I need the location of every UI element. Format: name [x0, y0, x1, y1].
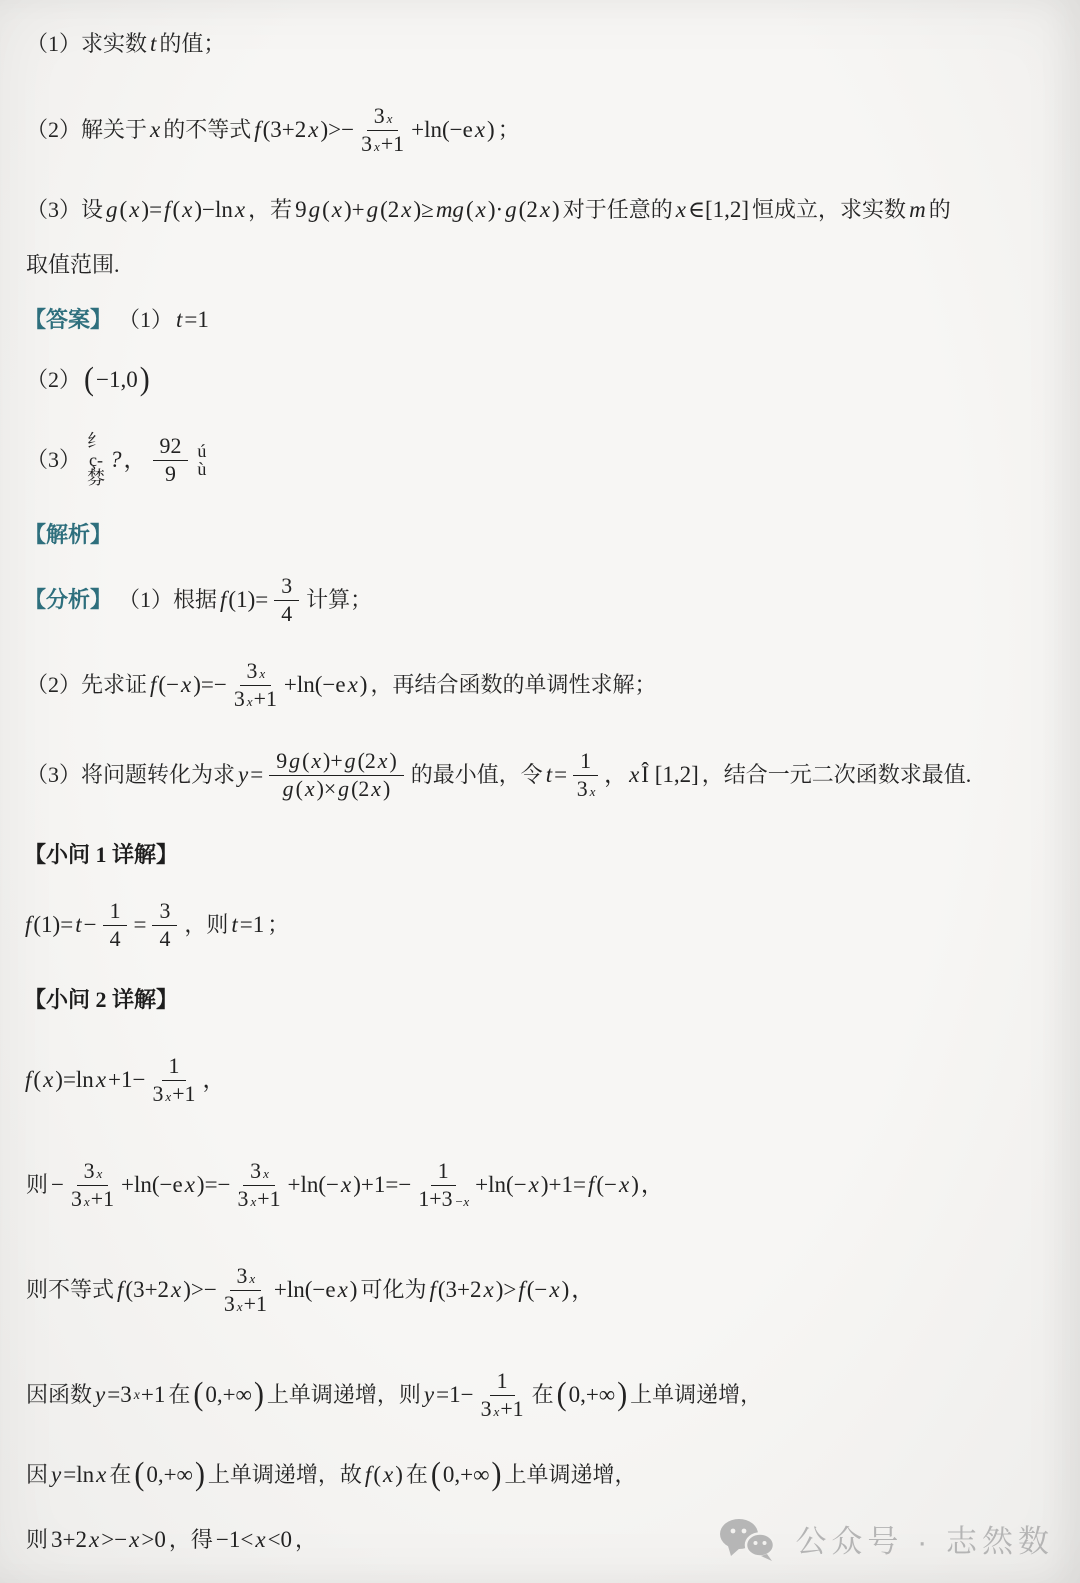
line-detail-2-fx: f(x)=lnx+1−13x+1，: [0, 1038, 1080, 1122]
math-run: 0,+∞: [443, 1462, 490, 1488]
math-run: 3: [152, 1082, 163, 1106]
text-run: 的最小值，令: [411, 762, 543, 787]
garbled-glyph-stack: úù: [197, 442, 206, 479]
math-var: x: [43, 1067, 53, 1093]
text-run: 在: [406, 1462, 428, 1487]
math-run: (2: [519, 197, 538, 223]
text-run: ；: [498, 117, 520, 142]
math-run: +1: [91, 1187, 114, 1211]
math-var: g: [505, 197, 517, 223]
big-paren: ): [617, 1376, 627, 1413]
document-page: （1）求实数t的值； （2）解关于x的不等式f(3+2x)>−3x3x+1+ln…: [0, 0, 1080, 1583]
fraction-numerator: 3: [274, 574, 299, 600]
fraction-denominator: 4: [158, 926, 171, 951]
math-run: ): [487, 117, 495, 143]
math-run: )+: [323, 749, 343, 773]
math-run: (: [33, 1067, 41, 1093]
math-run: )>−: [321, 117, 355, 143]
math-run: =1: [240, 912, 264, 938]
math-run: =: [554, 762, 567, 788]
fraction: 3x3x+1: [223, 1264, 268, 1316]
math-run: −: [51, 1172, 64, 1198]
superscript: x: [590, 785, 596, 800]
math-var: x: [338, 1277, 348, 1303]
math-var: f: [588, 1172, 594, 1198]
text-run: 则不等式: [26, 1277, 114, 1302]
math-var: g: [289, 749, 300, 773]
math-var: x: [378, 749, 388, 773]
line-analysis-3: （3）将问题转化为求y=9g(x)+g(2x)g(x)×g(2x)的最小值，令t…: [0, 727, 1080, 823]
big-paren: (: [84, 361, 94, 398]
garbled-glyph: ù: [197, 460, 206, 478]
math-run: )+1=−: [353, 1172, 411, 1198]
line-problem-2: （2）解关于x的不等式f(3+2x)>−3x3x+1+ln(−ex)；: [0, 87, 1080, 173]
math-run: 3: [234, 687, 245, 711]
math-run: (−: [596, 1172, 617, 1198]
fraction-denominator: 4: [280, 601, 293, 626]
math-run: (: [172, 197, 180, 223]
text-run: 因: [26, 1462, 48, 1487]
text-run: （3）设: [26, 197, 103, 222]
superscript: x: [494, 1405, 500, 1420]
math-var: x: [185, 1172, 195, 1198]
fraction-numerator: 92: [153, 434, 189, 460]
fraction: 34: [152, 899, 177, 951]
math-var: t: [231, 912, 237, 938]
fraction: 34: [274, 574, 299, 626]
text-run: （1）: [118, 307, 173, 332]
fraction-numerator: 3x: [77, 1159, 109, 1185]
math-run: (1)=: [33, 912, 73, 938]
math-var: x: [89, 1527, 99, 1553]
math-var: x: [476, 197, 486, 223]
math-run: ，: [202, 1067, 225, 1093]
line-answer-3: （3）纟ç-棼?，929úù: [0, 414, 1080, 506]
fraction-numerator: 9g(x)+g(2x): [269, 749, 404, 775]
fraction: 13x: [573, 749, 598, 801]
math-run: +ln(−e: [121, 1172, 183, 1198]
fraction-numerator: 3x: [230, 1264, 262, 1290]
line-detail-2-monotone-2: 因y=lnx在(0,+∞)上单调递增，故f(x)在(0,+∞)上单调递增，: [0, 1453, 1080, 1497]
math-run: 3: [71, 1187, 82, 1211]
big-paren: (: [431, 1456, 441, 1493]
math-run: )>−: [183, 1277, 217, 1303]
math-run: (: [302, 749, 309, 773]
math-var: x: [150, 117, 160, 143]
math-var: f: [429, 1277, 435, 1303]
text-run: 在: [109, 1462, 131, 1487]
fraction: 9g(x)+g(2x)g(x)×g(2x): [269, 749, 404, 801]
text-run: 取值范围.: [26, 252, 120, 277]
math-run: 3: [247, 659, 258, 683]
superscript: x: [263, 1167, 269, 1182]
math-run: 1: [110, 899, 121, 923]
math-var: x: [676, 197, 686, 223]
math-run: )=−: [193, 672, 227, 698]
fraction-denominator: 3x+1: [237, 1186, 282, 1211]
math-run: +1: [141, 1382, 165, 1408]
fraction-denominator: g(x)×g(2x): [282, 776, 392, 801]
math-var: x: [383, 1462, 393, 1488]
watermark: 公众号 · 志然数: [717, 1516, 1054, 1561]
fraction: 3x3x+1: [360, 104, 405, 156]
math-var: x: [629, 762, 639, 788]
fraction-denominator: 3x+1: [151, 1081, 196, 1106]
line-detail-2-monotone-1: 因函数y=3x+1在(0,+∞)上单调递增，则y=1−13x+1在(0,+∞)上…: [0, 1353, 1080, 1437]
fraction: 14: [103, 899, 128, 951]
math-var: t: [176, 307, 182, 333]
math-run: 3: [159, 899, 170, 923]
fraction: 3x3x+1: [233, 659, 278, 711]
math-var: x: [529, 1172, 539, 1198]
math-var: m: [909, 197, 926, 223]
math-run: ): [360, 672, 368, 698]
text-run: ，结合一元二次函数求最值.: [702, 762, 972, 787]
math-run: =1: [184, 307, 208, 333]
fraction-denominator: 3x+1: [70, 1186, 115, 1211]
math-var: x: [96, 1067, 106, 1093]
math-var: f: [150, 672, 156, 698]
math-var: g: [309, 197, 321, 223]
math-var: x: [171, 1277, 181, 1303]
text-run: ，再结合函数的单调性求解；: [370, 672, 656, 697]
text-run: ；: [267, 912, 289, 937]
text-run: 恒成立，求实数: [752, 197, 906, 222]
line-detail-1-body: f(1)=t−14=34，则t=1；: [0, 883, 1080, 967]
math-run: )=−: [197, 1172, 231, 1198]
math-run: 4: [281, 602, 292, 626]
math-run: ): [395, 1462, 403, 1488]
math-var: f: [365, 1462, 371, 1488]
math-var: x: [305, 777, 315, 801]
math-run: 3: [361, 132, 372, 156]
text-run: 上单调递增，故: [208, 1462, 362, 1487]
math-run: (2: [380, 197, 399, 223]
math-run: (1)=: [228, 587, 268, 613]
fraction-denominator: 3x: [576, 776, 596, 801]
section-label: 【答案】: [24, 307, 112, 332]
text-run: 则: [26, 1172, 48, 1197]
math-var: x: [255, 1527, 265, 1553]
fraction-denominator: 3x+1: [480, 1396, 525, 1421]
math-run: 3: [250, 1159, 261, 1183]
math-run: 1: [438, 1159, 449, 1183]
math-run: (−: [527, 1277, 548, 1303]
section-label: 【分析】: [24, 587, 112, 612]
line-analysis-1: 【分析】（1）根据f(1)=34计算；: [0, 558, 1080, 642]
line-section-jiexi: 【解析】: [0, 517, 1080, 553]
line-detail-2-header: 【小问 2 详解】: [0, 982, 1080, 1018]
math-run: )×: [317, 777, 337, 801]
math-run: 1: [169, 1054, 180, 1078]
math-run: 1: [580, 749, 591, 773]
text-run: 在: [532, 1382, 554, 1407]
math-run: (: [120, 197, 128, 223]
math-run: +1: [500, 1397, 523, 1421]
math-var: f: [117, 1277, 123, 1303]
garbled-glyph: ú: [197, 442, 206, 460]
math-var: g: [106, 197, 118, 223]
fraction-denominator: 3x+1: [223, 1291, 268, 1316]
math-run: >−: [101, 1527, 127, 1553]
fraction: 13x+1: [151, 1054, 196, 1106]
math-run: ): [631, 1172, 639, 1198]
garbled-glyph: ç-: [89, 451, 103, 469]
text-run: 上单调递增，: [630, 1382, 762, 1407]
fraction-denominator: 4: [109, 926, 122, 951]
math-var: g: [283, 777, 294, 801]
math-run: ): [350, 1277, 358, 1303]
text-run: （3）将问题转化为求: [26, 762, 235, 787]
math-run: +1: [257, 1187, 280, 1211]
math-var: t: [75, 912, 81, 938]
math-run: )+: [344, 197, 365, 223]
math-var: f: [518, 1277, 524, 1303]
text-run: （1）求实数: [26, 31, 147, 56]
math-run: ，: [604, 762, 627, 788]
math-run: >0: [141, 1527, 165, 1553]
math-run: )>: [496, 1277, 517, 1303]
math-run: +ln(−e: [284, 672, 346, 698]
fraction: 3x3x+1: [237, 1159, 282, 1211]
watermark-text: 公众号 · 志然数: [795, 1516, 1054, 1561]
math-run: −: [84, 912, 97, 938]
math-run: )≥: [414, 197, 434, 223]
big-paren: (: [557, 1376, 567, 1413]
math-var: x: [308, 117, 318, 143]
text-run: 的不等式: [163, 117, 251, 142]
math-run: =3: [107, 1382, 131, 1408]
superscript: x: [247, 695, 253, 710]
math-run: (3+2: [263, 117, 307, 143]
math-run: +1: [381, 132, 404, 156]
text-run: 在: [168, 1382, 190, 1407]
text-run: 因函数: [26, 1382, 92, 1407]
line-problem-3: （3）设g(x)=f(x)−lnx，若9g(x)+g(2x)≥mg(x)·g(2…: [0, 192, 1080, 228]
math-run: 3: [237, 1264, 248, 1288]
math-var: y: [238, 762, 248, 788]
math-run: (2: [351, 777, 369, 801]
math-run: 3: [281, 574, 292, 598]
line-detail-2-inequality: 则不等式f(3+2x)>−3x3x+1+ln(−ex)可化为f(3+2x)>f(…: [0, 1248, 1080, 1332]
math-var: x: [371, 777, 381, 801]
fraction-numerator: 3x: [240, 659, 272, 685]
math-run: 3: [224, 1292, 235, 1316]
text-run: 可化为: [360, 1277, 426, 1302]
math-var: f: [254, 117, 260, 143]
detail-label: 【小问 1 详解】: [24, 842, 178, 867]
garbled-glyph: 纟: [87, 432, 105, 450]
math-run: 0,+∞: [146, 1462, 193, 1488]
fraction: 13x+1: [480, 1369, 525, 1421]
math-var: t: [150, 31, 156, 57]
math-run: =ln: [63, 1462, 94, 1488]
superscript: x: [387, 112, 393, 127]
math-var: x: [341, 1172, 351, 1198]
fraction: 929: [153, 434, 189, 486]
math-run: 0,+∞: [205, 1382, 252, 1408]
math-run: +ln(−e: [274, 1277, 336, 1303]
math-var: x: [181, 672, 191, 698]
math-var: x: [332, 197, 342, 223]
math-var: y: [95, 1382, 105, 1408]
math-var: g: [345, 749, 356, 773]
math-run: =1−: [436, 1382, 473, 1408]
text-run: （1）根据: [118, 587, 217, 612]
math-run: (: [322, 197, 330, 223]
math-run: (: [373, 1462, 381, 1488]
superscript: x: [237, 1300, 243, 1315]
math-run: 0,+∞: [569, 1382, 616, 1408]
math-run: 3: [577, 777, 588, 801]
big-paren: ): [254, 1376, 264, 1413]
fraction-denominator: 1+3−x: [417, 1186, 469, 1211]
superscript: x: [84, 1195, 90, 1210]
text-run: （3）: [26, 447, 81, 472]
math-run: ): [552, 197, 560, 223]
math-run: +1−: [108, 1067, 145, 1093]
math-run: (2: [358, 749, 376, 773]
fraction-numerator: 3x: [243, 1159, 275, 1185]
superscript: x: [165, 1090, 171, 1105]
detail-label: 【小问 2 详解】: [24, 987, 178, 1012]
math-run: )=ln: [55, 1067, 94, 1093]
text-run: ，则: [184, 912, 228, 937]
math-var: x: [549, 1277, 559, 1303]
big-paren: (: [134, 1456, 144, 1493]
fraction-numerator: 1: [431, 1159, 456, 1185]
fraction-numerator: 1: [162, 1054, 187, 1080]
math-run: (: [296, 777, 303, 801]
math-var: t: [546, 762, 552, 788]
math-run: )·: [488, 197, 503, 223]
superscript: −x: [455, 1195, 470, 1210]
math-var: x: [129, 197, 139, 223]
superscript: x: [97, 1167, 103, 1182]
math-run: +1: [172, 1082, 195, 1106]
math-var: f: [164, 197, 170, 223]
math-var: x: [484, 1277, 494, 1303]
math-run: ): [389, 749, 396, 773]
math-run: 9: [165, 462, 176, 486]
math-run: )−ln: [194, 197, 233, 223]
big-paren: (: [193, 1376, 203, 1413]
math-run: (: [466, 197, 474, 223]
math-run: 4: [110, 927, 121, 951]
math-run: ，: [571, 1277, 594, 1303]
math-var: x: [540, 197, 550, 223]
math-var: x: [401, 197, 411, 223]
fraction-numerator: 3x: [367, 104, 399, 130]
fraction-denominator: 9: [164, 461, 177, 486]
fraction-numerator: 1: [103, 899, 128, 925]
garbled-glyph: 棼: [87, 469, 105, 487]
math-var: ?: [110, 447, 122, 473]
garbled-glyph-stack: 纟ç-棼: [87, 432, 105, 487]
text-run: 计算；: [306, 587, 372, 612]
math-var: g: [367, 197, 379, 223]
math-run: 3: [481, 1397, 492, 1421]
math-run: +ln(−: [288, 1172, 340, 1198]
math-var: g: [338, 777, 349, 801]
math-run: <0: [268, 1527, 292, 1553]
line-detail-2-identity: 则−3x3x+1+ln(−ex)=−3x3x+1+ln(−x)+1=−11+3−…: [0, 1143, 1080, 1227]
math-var: x: [235, 197, 245, 223]
big-paren: ): [195, 1456, 205, 1493]
text-run: 的: [929, 197, 951, 222]
math-run: +1: [254, 687, 277, 711]
line-analysis-2: （2）先求证f(−x)=−3x3x+1+ln(−ex)，再结合函数的单调性求解；: [0, 643, 1080, 727]
line-answer-1: 【答案】（1）t=1: [0, 302, 1080, 338]
math-run: (−: [158, 672, 179, 698]
text-run: ，得: [169, 1527, 213, 1552]
superscript: x: [134, 1387, 140, 1403]
text-run: （2）解关于: [26, 117, 147, 142]
math-run: 9: [276, 749, 287, 773]
math-run: 3: [374, 104, 385, 128]
math-run: ): [562, 1277, 570, 1303]
fraction: 3x3x+1: [70, 1159, 115, 1211]
math-var: x: [182, 197, 192, 223]
fraction-numerator: 1: [573, 749, 598, 775]
math-run: +ln(−e: [411, 117, 473, 143]
math-run: +1: [244, 1292, 267, 1316]
superscript: x: [374, 140, 380, 155]
math-run: =: [133, 912, 146, 938]
superscript: x: [259, 667, 265, 682]
math-var: f: [25, 912, 31, 938]
math-run: 4: [159, 927, 170, 951]
math-run: ): [383, 777, 390, 801]
big-paren: ): [140, 361, 150, 398]
text-run: 上单调递增，: [504, 1462, 636, 1487]
math-var: f: [220, 587, 226, 613]
fraction: 11+3−x: [417, 1159, 469, 1211]
math-var: x: [96, 1462, 106, 1488]
text-run: 对于任意的: [563, 197, 673, 222]
fraction-numerator: 1: [490, 1369, 515, 1395]
superscript: x: [249, 1272, 255, 1287]
math-run: )=: [141, 197, 162, 223]
math-var: mg: [436, 197, 464, 223]
section-label: 【解析】: [24, 522, 112, 547]
line-problem-3-cont: 取值范围.: [0, 247, 1080, 283]
fraction-denominator: 3x+1: [360, 131, 405, 156]
text-run: 的值；: [159, 31, 225, 56]
math-run: ∈[1,2]: [688, 197, 749, 223]
line-problem-1: （1）求实数t的值；: [0, 26, 1080, 62]
math-run: ，: [641, 1172, 664, 1198]
math-run: −1,0: [96, 367, 138, 393]
text-run: （2）: [26, 367, 81, 392]
math-run: 3: [238, 1187, 249, 1211]
math-run: −1<: [216, 1527, 253, 1553]
math-var: f: [25, 1067, 31, 1093]
text-run: （2）先求证: [26, 672, 147, 697]
big-paren: ): [491, 1456, 501, 1493]
math-run: 1+3: [418, 1187, 452, 1211]
math-run: +ln(−: [475, 1172, 527, 1198]
math-run: )+1=: [541, 1172, 586, 1198]
math-var: y: [51, 1462, 61, 1488]
text-run: 上单调递增，则: [267, 1382, 421, 1407]
fraction-denominator: 3x+1: [233, 686, 278, 711]
text-run: ，若: [248, 197, 292, 222]
fraction-numerator: 3: [152, 899, 177, 925]
math-run: 3+2: [51, 1527, 87, 1553]
superscript: x: [250, 1195, 256, 1210]
math-var: x: [129, 1527, 139, 1553]
